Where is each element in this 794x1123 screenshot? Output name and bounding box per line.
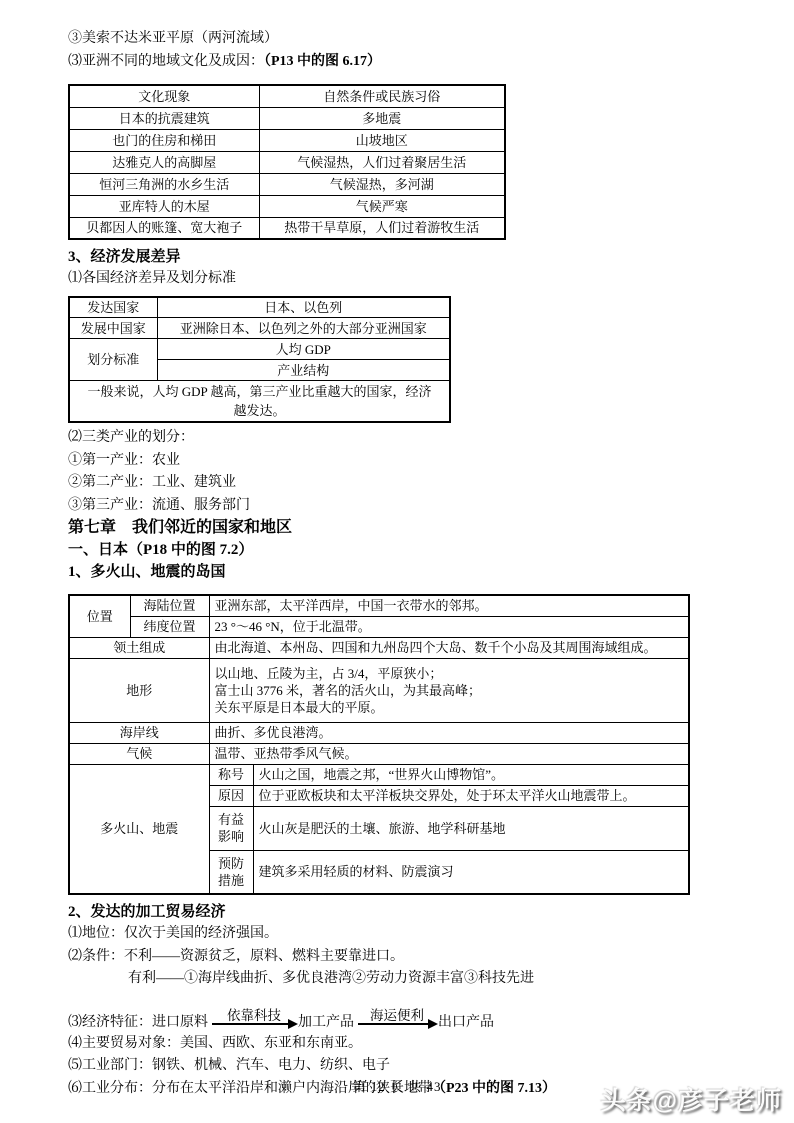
intro-line-2: ⑶亚洲不同的地域文化及成因：（P13 中的图 6.17）	[68, 51, 730, 74]
table-row: 位置 海陆位置 亚洲东部，太平洋西岸，中国一衣带水的邻邦。	[69, 595, 689, 616]
intro-line-2-text: ⑶亚洲不同的地域文化及成因：	[68, 54, 264, 69]
table-row: 气候 温带、亚热带季风气候。	[69, 743, 689, 764]
flow-node-processed: 加工产品	[298, 1013, 354, 1033]
table-cell: 贝都因人的账篷、宽大袍子	[69, 217, 259, 239]
table-cell: 气候	[69, 743, 209, 764]
terrain-line-1: 以山地、丘陵为主，占 3/4，平原狭小；	[215, 665, 684, 682]
industry-item-2: ②第二产业：工业、建筑业	[68, 472, 730, 495]
table-cell: 亚库特人的木屋	[69, 195, 259, 217]
table-row: 发达国家 日本、以色列	[69, 297, 450, 318]
volcano-label-cell: 多火山、地震	[69, 764, 209, 894]
trade-line-sectors: ⑸工业部门：钢铁、机械、汽车、电力、纺织、电子	[68, 1055, 730, 1078]
subsection-volcano-island: 1、多火山、地震的岛国	[68, 561, 730, 583]
flow-prefix: ⑶经济特征：进口原料	[68, 1013, 208, 1033]
terrain-line-3: 关东平原是日本最大的平原。	[215, 699, 684, 716]
table-row: 日本的抗震建筑 多地震	[69, 107, 505, 129]
watermark: 头条@彦子老师	[601, 1081, 782, 1117]
table-cell: 达雅克人的高脚屋	[69, 151, 259, 173]
table-cell: 海陆位置	[130, 595, 209, 616]
intro-line-2-ref: （P13 中的图 6.17）	[264, 54, 381, 69]
section-japan: 一、日本（P18 中的图 7.2）	[68, 539, 730, 561]
table-cell: 恒河三角洲的水乡生活	[69, 173, 259, 195]
right-arrow-icon	[212, 1023, 296, 1025]
terrain-line-2: 富士山 3776 米，著名的活火山，为其最高峰；	[215, 682, 684, 699]
japan-table: 位置 海陆位置 亚洲东部，太平洋西岸，中国一衣带水的邻邦。 纬度位置 23 °～…	[68, 594, 690, 895]
table-cell: 领土组成	[69, 637, 209, 658]
page-content: ③美索不达米亚平原（两河流域） ⑶亚洲不同的地域文化及成因：（P13 中的图 6…	[68, 28, 730, 1100]
trade-heading: 2、发达的加工贸易经济	[68, 901, 730, 923]
table-cell: 地形	[69, 658, 209, 722]
table-row: 一般来说，人均 GDP 越高，第三产业比重越大的国家，经济 越发达。	[69, 381, 450, 423]
table-cell: 发展中国家	[69, 318, 157, 339]
economy-heading: 3、经济发展差异	[68, 246, 730, 268]
table-cell: 山坡地区	[259, 129, 505, 151]
table-cell: 23 °～46 °N，位于北温带。	[209, 616, 689, 637]
table-cell: 产业结构	[157, 360, 450, 381]
table-cell: 热带干旱草原，人们过着游牧生活	[259, 217, 505, 239]
culture-table: 文化现象 自然条件或民族习俗 日本的抗震建筑 多地震 也门的住房和梯田 山坡地区…	[68, 84, 506, 240]
table-cell: 海岸线	[69, 722, 209, 743]
table-cell: 火山之国，地震之邦，“世界火山博物馆”。	[253, 764, 689, 785]
table-row: 划分标准 人均 GDP	[69, 339, 450, 360]
flow-arrow-1: 依靠科技	[212, 1008, 296, 1025]
industry-item-1: ①第一产业：农业	[68, 450, 730, 473]
culture-header-condition: 自然条件或民族习俗	[259, 85, 505, 107]
table-cell: 火山灰是肥沃的土壤、旅游、地学科研基地	[253, 806, 689, 850]
terrain-detail-cell: 以山地、丘陵为主，占 3/4，平原狭小； 富士山 3776 米，著名的活火山，为…	[209, 658, 689, 722]
table-row: 亚库特人的木屋 气候严寒	[69, 195, 505, 217]
table-row: 纬度位置 23 °～46 °N，位于北温带。	[69, 616, 689, 637]
trade-line-partners: ⑷主要贸易对象：美国、西欧、东亚和东南亚。	[68, 1033, 730, 1056]
table-cell: 建筑多采用轻质的材料、防震演习	[253, 850, 689, 894]
table-cell: 人均 GDP	[157, 339, 450, 360]
table-cell: 预防措施	[209, 850, 253, 894]
table-cell: 原因	[209, 785, 253, 806]
intro-line-1: ③美索不达米亚平原（两河流域）	[68, 28, 730, 51]
table-cell: 纬度位置	[130, 616, 209, 637]
document-page: ③美索不达米亚平原（两河流域） ⑶亚洲不同的地域文化及成因：（P13 中的图 6…	[0, 0, 794, 1123]
table-row: 发展中国家 亚洲除日本、以色列之外的大部分亚洲国家	[69, 318, 450, 339]
right-arrow-icon	[358, 1023, 436, 1025]
table-cell: 多地震	[259, 107, 505, 129]
economy-flow-diagram: ⑶经济特征：进口原料 依靠科技 加工产品 海运便利 出口产品	[68, 993, 730, 1033]
table-row: 也门的住房和梯田 山坡地区	[69, 129, 505, 151]
economy-table: 发达国家 日本、以色列 发展中国家 亚洲除日本、以色列之外的大部分亚洲国家 划分…	[68, 296, 451, 424]
table-cell: 日本、以色列	[157, 297, 450, 318]
table-cell: 气候严寒	[259, 195, 505, 217]
table-cell: 气候湿热，多河湖	[259, 173, 505, 195]
industry-intro: ⑵三类产业的划分：	[68, 427, 730, 450]
table-cell: 位置	[69, 595, 130, 637]
table-cell: 曲折、多优良港湾。	[209, 722, 689, 743]
table-cell: 日本的抗震建筑	[69, 107, 259, 129]
table-cell: 温带、亚热带季风气候。	[209, 743, 689, 764]
table-cell: 气候湿热，人们过着聚居生活	[259, 151, 505, 173]
table-row: 地形 以山地、丘陵为主，占 3/4，平原狭小； 富士山 3776 米，著名的活火…	[69, 658, 689, 722]
flow-arrow-2: 海运便利	[358, 1008, 436, 1025]
table-row: 领土组成 由北海道、本州岛、四国和九州岛四个大岛、数千个小岛及其周围海域组成。	[69, 637, 689, 658]
table-cell: 有益影响	[209, 806, 253, 850]
flow-arrow-1-label: 依靠科技	[227, 1008, 281, 1023]
table-row: 恒河三角洲的水乡生活 气候湿热，多河湖	[69, 173, 505, 195]
economy-note-line2: 越发达。	[75, 401, 444, 420]
table-row: 文化现象 自然条件或民族习俗	[69, 85, 505, 107]
table-cell: 划分标准	[69, 339, 157, 381]
table-cell: 亚洲除日本、以色列之外的大部分亚洲国家	[157, 318, 450, 339]
culture-header-phenomenon: 文化现象	[69, 85, 259, 107]
chapter-title: 第七章 我们邻近的国家和地区	[68, 517, 730, 539]
trade-line-advantages: 有利——①海岸线曲折、多优良港湾②劳动力资源丰富③科技先进	[128, 968, 730, 991]
flow-node-export: 出口产品	[438, 1013, 494, 1033]
table-cell: 也门的住房和梯田	[69, 129, 259, 151]
table-cell: 由北海道、本州岛、四国和九州岛四个大岛、数千个小岛及其周围海域组成。	[209, 637, 689, 658]
economy-note-cell: 一般来说，人均 GDP 越高，第三产业比重越大的国家，经济 越发达。	[69, 381, 450, 423]
industry-item-3: ③第三产业：流通、服务部门	[68, 495, 730, 518]
table-cell: 称号	[209, 764, 253, 785]
table-cell: 亚洲东部，太平洋西岸，中国一衣带水的邻邦。	[209, 595, 689, 616]
table-cell: 位于亚欧板块和太平洋板块交界处，处于环太平洋火山地震带上。	[253, 785, 689, 806]
table-row: 达雅克人的高脚屋 气候湿热，人们过着聚居生活	[69, 151, 505, 173]
economy-note-line1: 一般来说，人均 GDP 越高，第三产业比重越大的国家，经济	[75, 382, 444, 401]
table-row: 海岸线 曲折、多优良港湾。	[69, 722, 689, 743]
table-cell: 发达国家	[69, 297, 157, 318]
economy-subheading: ⑴各国经济差异及划分标准	[68, 268, 730, 291]
trade-line-status: ⑴地位：仅次于美国的经济强国。	[68, 923, 730, 946]
flow-arrow-2-label: 海运便利	[370, 1008, 424, 1023]
table-row: 多火山、地震 称号 火山之国，地震之邦，“世界火山博物馆”。	[69, 764, 689, 785]
table-row: 贝都因人的账篷、宽大袍子 热带干旱草原，人们过着游牧生活	[69, 217, 505, 239]
trade-line-conditions: ⑵条件：不利——资源贫乏，原料、燃料主要靠进口。	[68, 946, 730, 969]
